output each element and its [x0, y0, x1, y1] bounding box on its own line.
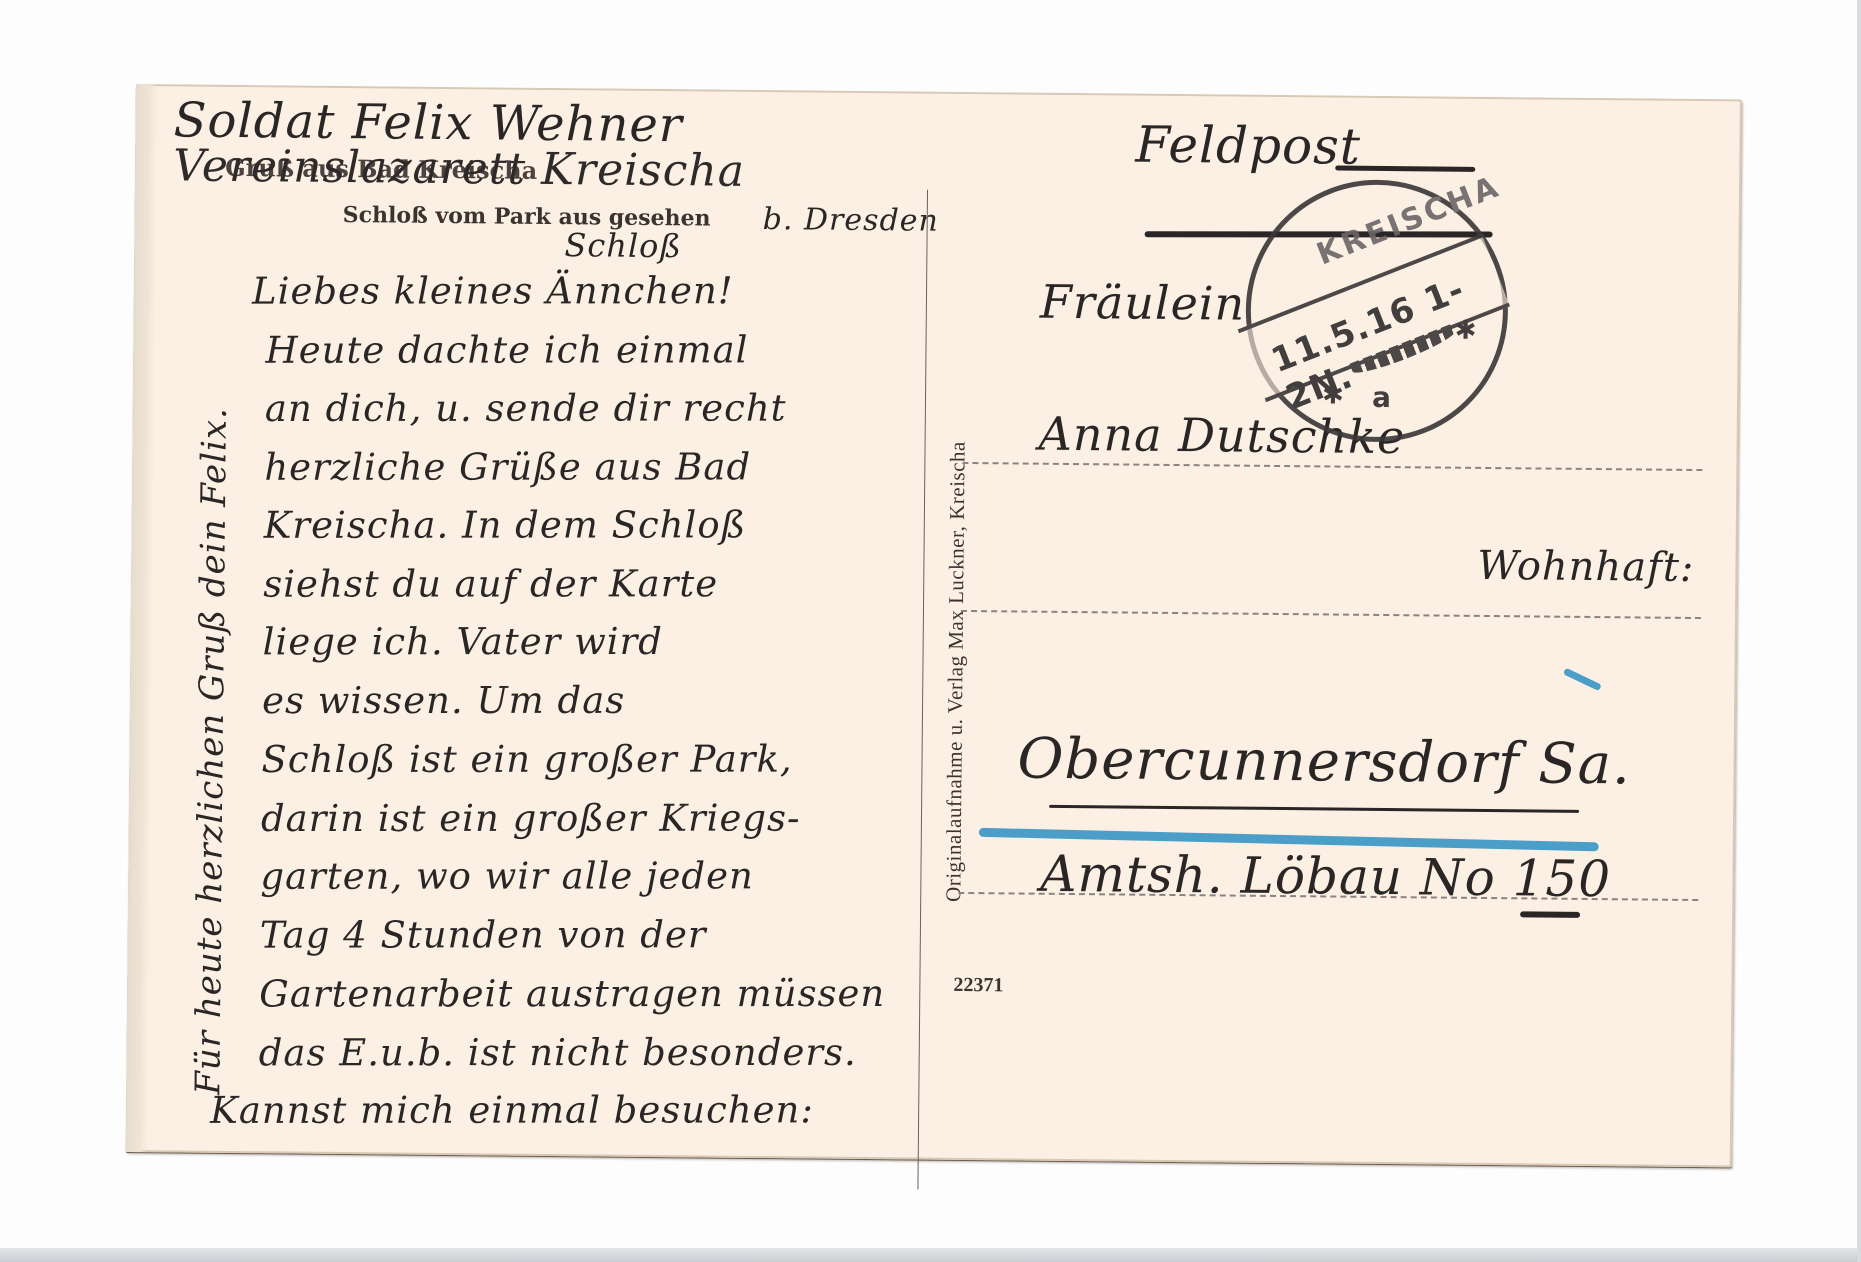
postmark: KREISCHA 11.5.16 1-2N. a ✱ ✱	[1245, 179, 1510, 444]
feldpost-mark: Feldpost	[1135, 116, 1361, 176]
number-underline	[1520, 911, 1580, 918]
message-line: Kannst mich einmal besuchen:	[210, 1088, 814, 1132]
postmark-letter: a	[1372, 381, 1391, 414]
town-underline	[1049, 805, 1579, 813]
message-line: Tag 4 Stunden von der	[260, 913, 707, 956]
recipient-salutation: Fräulein	[1040, 275, 1246, 331]
message-line: an dich, u. sende dir recht	[265, 387, 787, 430]
sender-line-3: b. Dresden	[763, 202, 939, 239]
message-line: liege ich. Vater wird	[263, 620, 663, 663]
message-line: herzliche Grüße aus Bad	[264, 445, 751, 488]
sender-line-2: Vereinslazarett Kreischa	[173, 140, 745, 196]
message-line: darin ist ein großer Kriegs-	[261, 796, 801, 839]
postmark-star-icon: ✱	[1322, 380, 1344, 410]
margin-note: Für heute herzlichen Gruß dein Felix.	[188, 407, 235, 1095]
message-line: es wissen. Um das	[262, 678, 625, 721]
postmark-star-icon: ✱	[1455, 316, 1477, 346]
message-line: garten, wo wir alle jeden	[260, 854, 753, 897]
card-divider	[917, 190, 928, 1190]
recipient-town: Obercunnersdorf Sa.	[1017, 726, 1631, 797]
address-line-2	[961, 610, 1701, 619]
message-line: Liebes kleines Ännchen!	[252, 269, 734, 312]
scanner-bottom-edge	[0, 1248, 1861, 1262]
message-line: Heute dachte ich einmal	[265, 328, 748, 371]
publisher-imprint: Originalaufnahme u. Verlag Max Luckner, …	[941, 441, 970, 902]
residence-label: Wohnhaft:	[1477, 543, 1694, 591]
card-number: 22371	[953, 974, 1003, 997]
message-line: Kreischa. In dem Schloß	[264, 503, 747, 546]
sender-line-4: Schloß	[564, 226, 682, 265]
postcard: Gruß aus Bad Kreischa Schloß vom Park au…	[126, 84, 1742, 1167]
scanner-right-edge	[1857, 0, 1861, 1262]
message-line: das E.u.b. ist nicht besonders.	[259, 1030, 857, 1074]
message-line: Schloß ist ein großer Park,	[262, 738, 793, 781]
message-line: Gartenarbeit austragen müssen	[259, 972, 885, 1016]
message-line: siehst du auf der Karte	[263, 562, 718, 605]
blue-pencil-tick	[1563, 668, 1602, 692]
